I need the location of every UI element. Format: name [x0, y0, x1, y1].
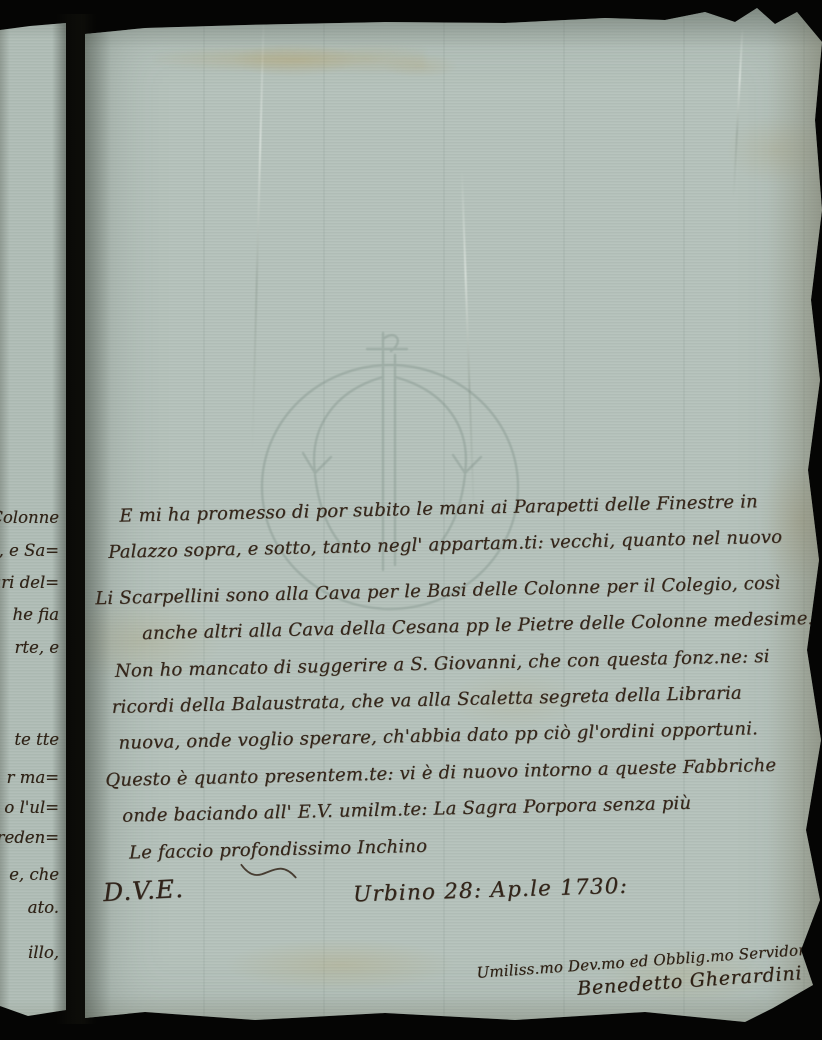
- facing-page-edge: Colonne la, e Sa= cari del= he fia rte, …: [0, 0, 66, 1040]
- facing-page-text-fragment: la, e Sa=: [0, 540, 59, 562]
- letter-page: E mi ha promesso di por subito le mani a…: [85, 0, 822, 1040]
- facing-page-text-fragment: rte, e: [14, 637, 59, 659]
- facing-page-text-fragment: he fia: [13, 604, 59, 626]
- facing-page-text-fragment: Colonne: [0, 507, 59, 529]
- paper-crease: [733, 28, 744, 198]
- valediction-initials: D.V.E.: [102, 874, 184, 907]
- manuscript-scan: Colonne la, e Sa= cari del= he fia rte, …: [0, 0, 822, 1040]
- facing-page-text-fragment: illo,: [28, 942, 59, 964]
- facing-page-text-fragment: te tte: [14, 729, 59, 751]
- ink-offset-smudge: [155, 44, 425, 74]
- facing-page-text-fragment: o l'ul=: [4, 797, 59, 819]
- facing-page-text-fragment: ato.: [28, 897, 59, 919]
- signature-block: Umiliss.mo Dev.mo ed Obblig.mo Servidore…: [476, 940, 817, 1007]
- dateline: Urbino 28: Ap.le 1730:: [353, 874, 629, 908]
- letter-body: E mi ha promesso di por subito le mani a…: [105, 483, 819, 872]
- facing-page-text-fragment: e Creden=: [0, 827, 59, 849]
- facing-page-text-fragment: e, che: [9, 864, 59, 886]
- facing-page-text-fragment: r ma=: [7, 767, 59, 789]
- facing-page-text-fragment: cari del=: [0, 572, 59, 594]
